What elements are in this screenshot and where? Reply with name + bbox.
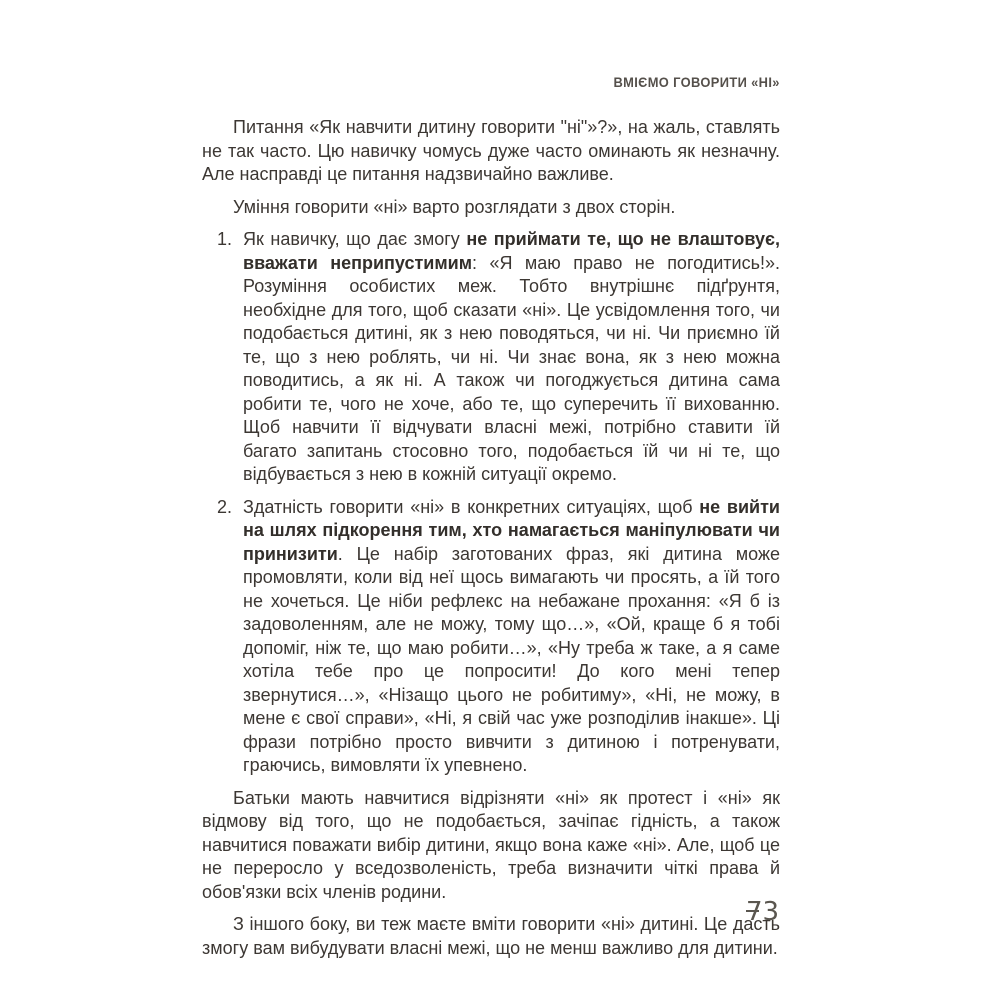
page-body: Питання «Як навчити дитину говорити "ні"… <box>202 116 780 960</box>
list-item-1-pre: Як навичку, що дає змогу <box>243 229 466 249</box>
list-item-2-post: . Це набір заготованих фраз, які дитина … <box>243 544 780 776</box>
paragraph-closing-1: Батьки мають навчитися відрізняти «ні» я… <box>202 787 780 905</box>
running-head-text: ВМІЄМО ГОВОРИТИ «НІ» <box>614 74 780 90</box>
list-item-2: 2. Здатність говорити «ні» в конкретних … <box>202 496 780 778</box>
list-item-1: 1. Як навичку, що дає змогу не приймати … <box>202 228 780 487</box>
list-item-1-post: : «Я маю право не погодитись!». Розумінн… <box>243 253 780 485</box>
list-item-2-pre: Здатність говорити «ні» в конкретних сит… <box>243 497 699 517</box>
running-head: ВМІЄМО ГОВОРИТИ «НІ» <box>202 74 780 92</box>
numbered-list: 1. Як навичку, що дає змогу не приймати … <box>202 228 780 778</box>
list-item-2-text: Здатність говорити «ні» в конкретних сит… <box>243 497 780 776</box>
list-item-1-text: Як навичку, що дає змогу не приймати те,… <box>243 229 780 484</box>
paragraph-intro: Питання «Як навчити дитину говорити "ні"… <box>202 116 780 187</box>
paragraph-lead: Уміння говорити «ні» варто розглядати з … <box>202 196 780 220</box>
list-item-1-number: 1. <box>217 228 232 252</box>
page-number: 73 <box>746 897 779 927</box>
paragraph-closing-2: З іншого боку, ви теж маєте вміти говори… <box>202 913 780 960</box>
book-page: ВМІЄМО ГОВОРИТИ «НІ» Питання «Як навчити… <box>202 74 780 969</box>
list-item-2-number: 2. <box>217 496 232 520</box>
